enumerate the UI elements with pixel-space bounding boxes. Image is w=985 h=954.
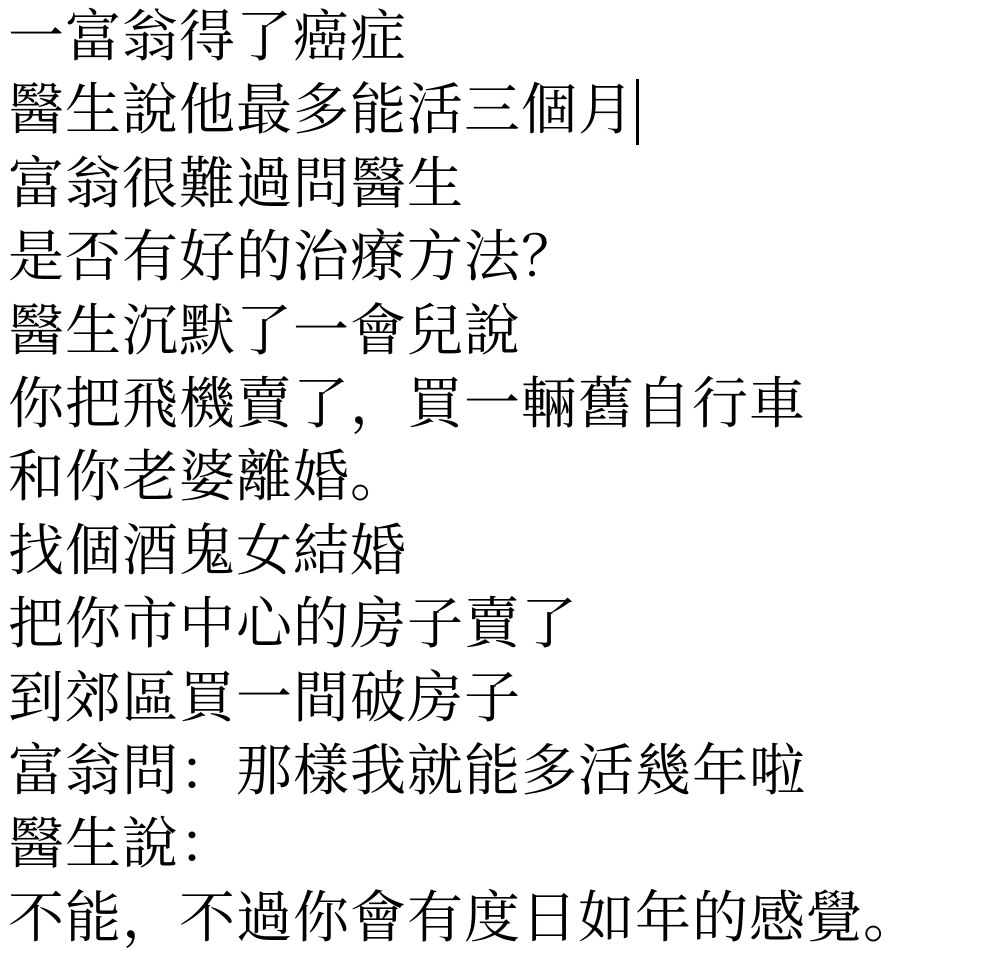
text-line-content: 富翁問：那樣我就能多活幾年啦 <box>8 739 806 802</box>
text-line: 富翁問：那樣我就能多活幾年啦 <box>8 734 985 807</box>
text-line-content: 醫生沉默了一會兒說 <box>8 299 521 362</box>
text-line-content: 醫生說： <box>8 812 236 875</box>
text-editor-area[interactable]: 一富翁得了癌症 醫生說他最多能活三個月 富翁很難過問醫生 是否有好的治療方法？ … <box>0 0 985 954</box>
text-line: 一富翁得了癌症 <box>8 0 985 73</box>
text-line: 你把飛機賣了，買一輛舊自行車 <box>8 367 985 440</box>
text-line: 醫生說他最多能活三個月 <box>8 73 985 146</box>
text-line: 醫生說： <box>8 807 985 880</box>
text-line-content: 醫生說他最多能活三個月 <box>8 78 635 141</box>
text-line-content: 一富翁得了癌症 <box>8 5 407 68</box>
text-line: 找個酒鬼女結婚 <box>8 514 985 587</box>
text-line: 是否有好的治療方法？ <box>8 220 985 293</box>
text-line-content: 找個酒鬼女結婚 <box>8 519 407 582</box>
text-line: 醫生沉默了一會兒說 <box>8 294 985 367</box>
text-line-content: 是否有好的治療方法？ <box>8 225 578 288</box>
text-line: 和你老婆離婚。 <box>8 440 985 513</box>
text-line-content: 不能，不過你會有度日如年的感覺。 <box>8 886 920 949</box>
text-line: 富翁很難過問醫生 <box>8 147 985 220</box>
text-line-content: 和你老婆離婚。 <box>8 445 407 508</box>
text-line-content: 到郊區買一間破房子 <box>8 666 521 729</box>
text-line-content: 你把飛機賣了，買一輛舊自行車 <box>8 372 806 435</box>
text-line: 把你市中心的房子賣了 <box>8 587 985 660</box>
text-caret <box>636 79 639 145</box>
text-line-content: 富翁很難過問醫生 <box>8 152 464 215</box>
text-line: 到郊區買一間破房子 <box>8 661 985 734</box>
text-line-content: 把你市中心的房子賣了 <box>8 592 578 655</box>
text-line: 不能，不過你會有度日如年的感覺。 <box>8 881 985 954</box>
